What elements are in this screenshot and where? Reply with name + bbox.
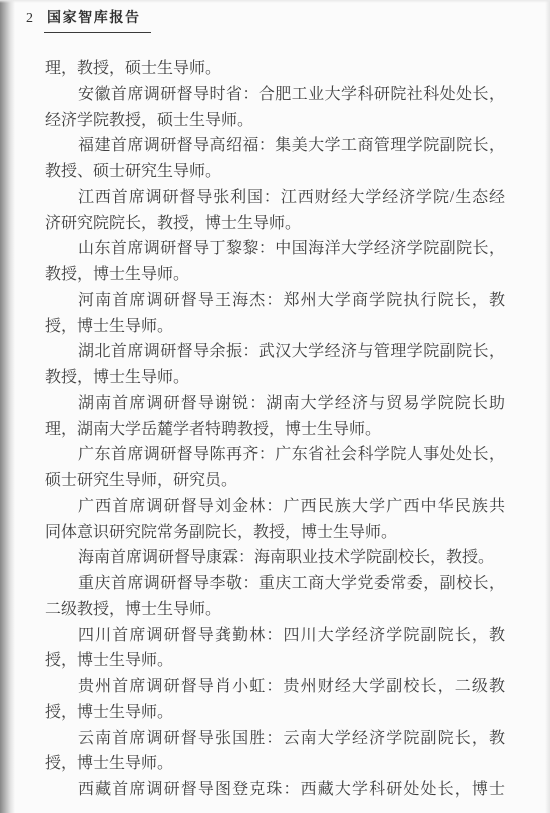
text-line: 授，博士生导师。 (45, 648, 505, 674)
text-line: 贵州首席调研督导肖小虹：贵州财经大学副校长，二级教 (45, 674, 505, 700)
text-line: 同体意识研究院常务副院长，教授，博士生导师。 (45, 520, 505, 546)
text-line: 硕士研究生导师，研究员。 (45, 468, 505, 494)
page-number: 2 (26, 9, 33, 28)
scan-shadow-left (0, 0, 15, 813)
text-line: 二级教授，博士生导师。 (45, 597, 505, 623)
text-line: 西藏首席调研督导图登克珠：西藏大学科研处处长，博士 (45, 777, 505, 803)
text-line: 经济学院教授，硕士生导师。 (45, 108, 505, 134)
text-line: 教授，博士生导师。 (45, 365, 505, 391)
text-line: 广西首席调研督导刘金林：广西民族大学广西中华民族共 (45, 494, 505, 520)
text-line: 福建首席调研督导高绍福：集美大学工商管理学院副院长， (45, 133, 505, 159)
scan-shadow-right (545, 0, 550, 813)
text-line: 理，湖南大学岳麓学者特聘教授，博士生导师。 (45, 417, 505, 443)
text-line: 理，教授，硕士生导师。 (45, 56, 505, 82)
text-line: 安徽首席调研督导时省：合肥工业大学科研院社科处处长， (45, 82, 505, 108)
text-line: 济研究院院长，教授，博士生导师。 (45, 211, 505, 237)
text-line: 海南首席调研督导康霖：海南职业技术学院副校长，教授。 (45, 545, 505, 571)
text-line: 教授、硕士研究生导师。 (45, 159, 505, 185)
text-line: 重庆首席调研督导李敬：重庆工商大学党委常委，副校长， (45, 571, 505, 597)
text-line: 湖北首席调研督导余振：武汉大学经济与管理学院副院长， (45, 339, 505, 365)
text-line: 授，博士生导师。 (45, 314, 505, 340)
text-line: 教授，博士生导师。 (45, 262, 505, 288)
document-page: 2 国家智库报告 理，教授，硕士生导师。安徽首席调研督导时省：合肥工业大学科研院… (0, 0, 550, 813)
text-line: 河南首席调研督导王海杰：郑州大学商学院执行院长，教 (45, 288, 505, 314)
text-line: 江西首席调研督导张利国：江西财经大学经济学院/生态经 (45, 185, 505, 211)
page-title: 国家智库报告 (44, 9, 151, 33)
text-line: 湖南首席调研督导谢锐：湖南大学经济与贸易学院院长助 (45, 391, 505, 417)
text-line: 云南首席调研督导张国胜：云南大学经济学院副院长，教 (45, 726, 505, 752)
text-line: 授，博士生导师。 (45, 700, 505, 726)
text-line: 四川首席调研督导龚勤林：四川大学经济学院副院长，教 (45, 623, 505, 649)
scan-shadow-top (0, 0, 550, 3)
body-text: 理，教授，硕士生导师。安徽首席调研督导时省：合肥工业大学科研院社科处处长，经济学… (45, 56, 505, 803)
page-header: 2 国家智库报告 (26, 9, 151, 33)
text-line: 山东首席调研督导丁黎黎：中国海洋大学经济学院副院长， (45, 236, 505, 262)
text-line: 广东首席调研督导陈再齐：广东省社会科学院人事处处长， (45, 442, 505, 468)
text-line: 授，博士生导师。 (45, 751, 505, 777)
